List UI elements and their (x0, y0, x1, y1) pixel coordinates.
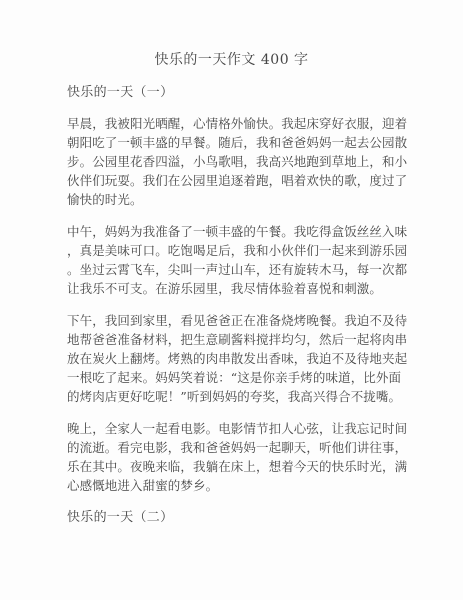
paragraph-noon: 中午，妈妈为我准备了一顿丰盛的午餐。我吃得盒饭丝丝入味 ，真是美味可口。吃饱喝足… (0, 222, 463, 298)
paragraph-afternoon: 下午，我回到家里，看见爸爸正在准备烧烤晚餐。我迫不及待 地帮爸爸准备材料，把生意… (0, 311, 463, 406)
paragraph-evening: 晚上，全家人一起看电影。电影情节扣人心弦，让我忘记时间 的流逝。看完电影，我和爸… (0, 419, 463, 495)
paragraph-morning: 早晨，我被阳光晒醒，心情格外愉快。我起床穿好衣服，迎着 朝阳吃了一顿丰盛的早餐。… (0, 114, 463, 209)
section-2-heading: 快乐的一天（二） (0, 509, 463, 526)
document-title: 快乐的一天作文 400 字 (0, 0, 463, 69)
document-page: 快乐的一天作文 400 字 快乐的一天（一） 早晨，我被阳光晒醒，心情格外愉快。… (0, 0, 463, 600)
section-1-heading: 快乐的一天（一） (0, 84, 463, 101)
